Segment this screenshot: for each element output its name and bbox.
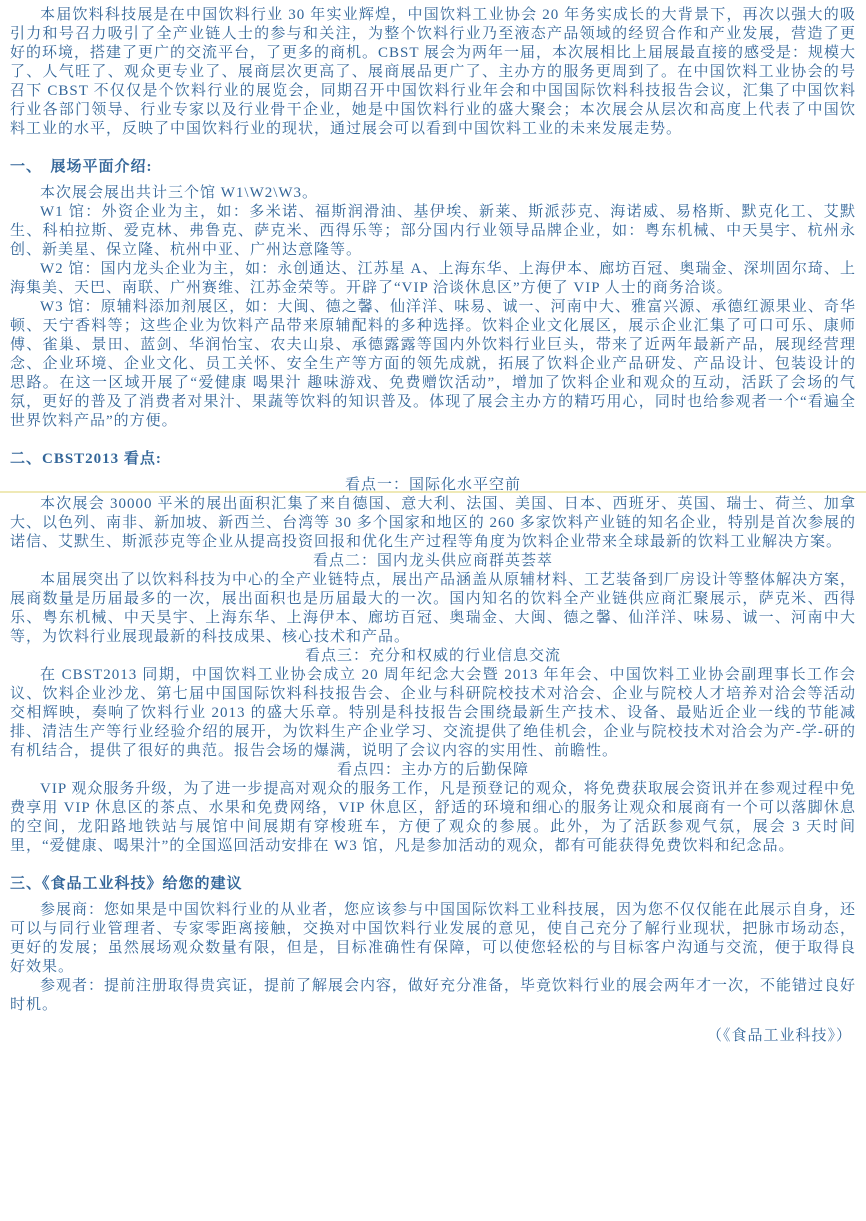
highlight2-title: 看点二：国内龙头供应商群英荟萃 xyxy=(10,552,856,571)
section1-paragraph-overview: 本次展会展出共计三个馆 W1\W2\W3。 xyxy=(10,184,856,203)
highlight1-body: 本次展会 30000 平米的展出面积汇集了来自德国、意大利、法国、美国、日本、西… xyxy=(10,495,856,552)
section3-paragraph-exhibitors: 参展商：您如果是中国饮料行业的从业者，您应该参与中国国际饮料工业科技展，因为您不… xyxy=(10,901,856,977)
section1-paragraph-w2-hall: W2 馆：国内龙头企业为主，如：永创通达、江苏星 A、上海东华、上海伊本、廊坊百… xyxy=(10,260,856,298)
highlight3-title: 看点三：充分和权威的行业信息交流 xyxy=(10,647,856,666)
section1-paragraph-w1-hall: W1 馆：外资企业为主，如：多米诺、福斯润滑油、基伊埃、新莱、斯派莎克、海诺威、… xyxy=(10,203,856,260)
intro-paragraph: 本届饮料科技展是在中国饮料行业 30 年实业辉煌，中国饮料工业协会 20 年务实… xyxy=(10,6,856,139)
section2-heading: 二、CBST2013 看点: xyxy=(10,450,856,469)
highlight3-body: 在 CBST2013 同期，中国饮料工业协会成立 20 周年纪念大会暨 2013… xyxy=(10,666,856,761)
highlight4-body: VIP 观众服务升级，为了进一步提高对观众的服务工作，凡是预登记的观众，将免费获… xyxy=(10,780,856,856)
section1-paragraph-w3-hall: W3 馆：原辅料添加剂展区，如：大闽、德之馨、仙洋洋、味易、诚一、河南中大、雅富… xyxy=(10,298,856,431)
section3-paragraph-visitors: 参观者：提前注册取得贵宾证，提前了解展会内容，做好充分准备，毕竟饮料行业的展会两… xyxy=(10,977,856,1015)
highlight2-body: 本届展突出了以饮料科技为中心的全产业链特点，展出产品涵盖从原辅材料、工艺装备到厂… xyxy=(10,571,856,647)
section1-heading: 一、 展场平面介绍: xyxy=(10,158,856,177)
source-credit: （《食品工业科技》） xyxy=(10,1027,856,1046)
highlight4-title: 看点四：主办方的后勤保障 xyxy=(10,761,856,780)
section3-heading: 三、《食品工业科技》给您的建议 xyxy=(10,875,856,894)
article-page: 本届饮料科技展是在中国饮料行业 30 年实业辉煌，中国饮料工业协会 20 年务实… xyxy=(0,0,866,1221)
